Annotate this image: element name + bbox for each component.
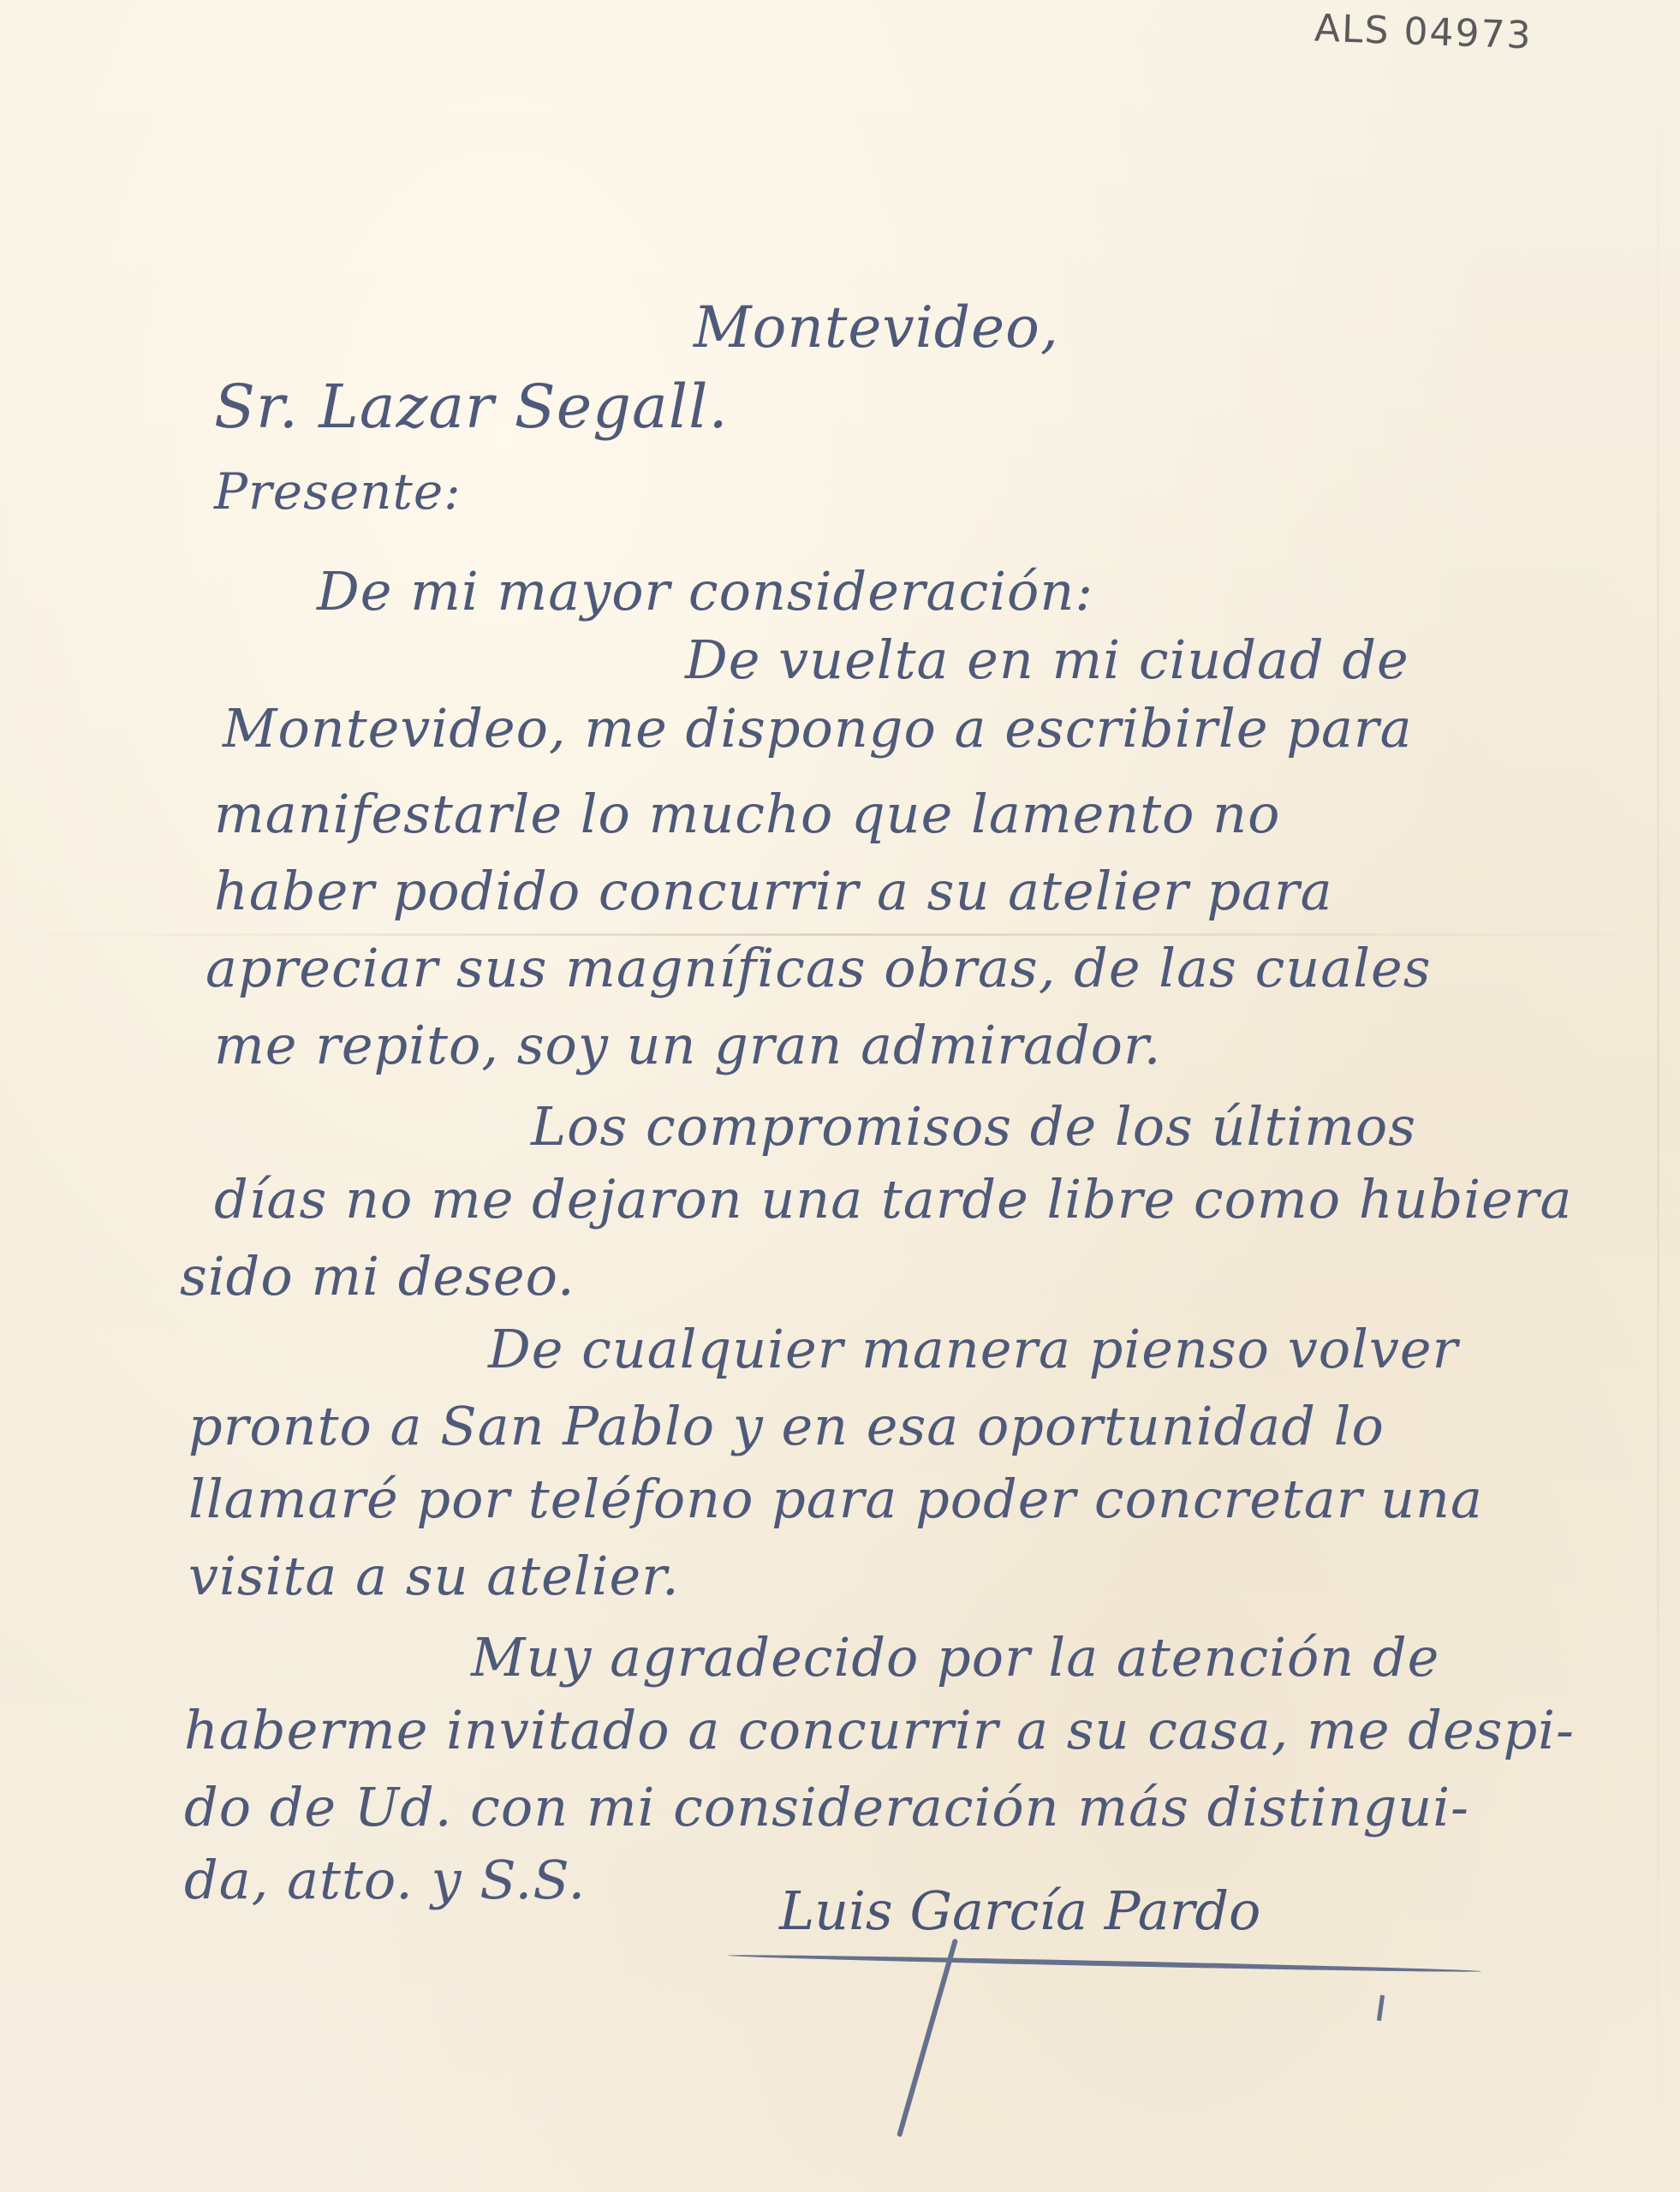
body-line: visita a su atelier. [188,1550,680,1603]
body-line: do de Ud. con mi consideración más disti… [184,1781,1469,1834]
body-line: manifestarle lo mucho que lamento no [214,788,1280,841]
body-line: da, atto. y S.S. [184,1854,586,1907]
body-line: haberme invitado a concurrir a su casa, … [184,1704,1575,1757]
body-line: apreciar sus magníficas obras, de las cu… [206,942,1432,995]
body-line: me repito, soy un gran admirador. [214,1019,1162,1072]
paper-fold-vertical [1657,0,1659,2192]
body-line: haber podido concurrir a su atelier para [214,865,1333,918]
body-line: Los compromisos de los últimos [531,1100,1416,1153]
body-line: pronto a San Pablo y en esa oportunidad … [188,1400,1385,1453]
body-line: De vuelta en mi ciudad de [685,634,1409,687]
body-line: De cualquier manera pienso volver [488,1323,1458,1376]
body-line: sido mi deseo. [180,1250,575,1303]
paper-fold-horizontal [0,933,1680,936]
archive-number: ALS 04973 [1314,7,1533,58]
body-line: llamaré por teléfono para poder concreta… [188,1473,1483,1526]
letter-recipient: Sr. Lazar Segall. [214,377,729,437]
body-line: días no me dejaron una tarde libre como … [214,1173,1572,1226]
letter-place: Montevideo, [694,300,1059,356]
letter-presente: Presente: [214,467,462,516]
body-line: Muy agradecido por la atención de [471,1631,1439,1684]
signature: Luis García Pardo [779,1879,1260,1942]
body-line: Montevideo, me dispongo a escribirle par… [223,702,1413,755]
letter-salutation: De mi mayor consideración: [317,565,1093,618]
